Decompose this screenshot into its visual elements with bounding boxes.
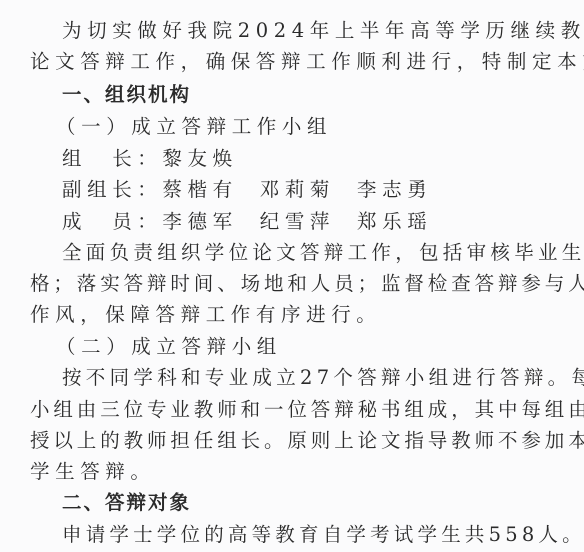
deputy-name: 蔡楷有 — [162, 178, 237, 201]
leader-label: 组 长： — [62, 147, 162, 170]
document-page: 为切实做好我院2024年上半年高等学历继续教育学士学位 论文答辩工作，确保答辩工… — [0, 0, 584, 552]
groups-line-1: 按不同学科和专业成立27个答辩小组进行答辩。每个答辩 — [62, 362, 582, 393]
deputy-row: 副组长：蔡楷有邓莉菊李志勇 — [62, 174, 582, 205]
deputy-name: 李志勇 — [357, 178, 432, 201]
member-label: 成 员： — [62, 210, 162, 233]
deputy-label: 副组长： — [62, 178, 162, 201]
member-name: 李德军 — [162, 210, 237, 233]
section-2-heading: 二、答辩对象 — [62, 487, 582, 518]
intro-line-1: 为切实做好我院2024年上半年高等学历继续教育学士学位 — [62, 15, 582, 46]
intro-line-2: 论文答辩工作，确保答辩工作顺利进行，特制定本方案。 — [30, 46, 550, 77]
leader-row: 组 长：黎友焕 — [62, 143, 582, 174]
section-1-heading: 一、组织机构 — [62, 79, 582, 110]
groups-line-2: 小组由三位专业教师和一位答辩秘书组成，其中每组由一名副教 — [30, 394, 550, 425]
duty-line-3: 作风，保障答辩工作有序进行。 — [30, 299, 550, 330]
subsection-1-heading: （一）成立答辩工作小组 — [56, 111, 576, 142]
duty-line-2: 格；落实答辩时间、场地和人员；监督检查答辩参与人员的工作 — [30, 268, 550, 299]
leader-name: 黎友焕 — [162, 147, 237, 170]
duty-line-1: 全面负责组织学位论文答辩工作，包括审核毕业生的答辩资 — [62, 237, 582, 268]
member-name: 纪雪萍 — [260, 210, 335, 233]
subsection-2-heading: （二）成立答辩小组 — [56, 331, 576, 362]
member-row: 成 员：李德军纪雪萍郑乐瑶 — [62, 206, 582, 237]
target-line-1: 申请学士学位的高等教育自学考试学生共558人。 — [62, 519, 582, 550]
groups-line-3: 授以上的教师担任组长。原则上论文指导教师不参加本人指导的 — [30, 425, 550, 456]
groups-line-4: 学生答辩。 — [30, 456, 550, 487]
deputy-name: 邓莉菊 — [260, 178, 335, 201]
member-name: 郑乐瑶 — [357, 210, 432, 233]
